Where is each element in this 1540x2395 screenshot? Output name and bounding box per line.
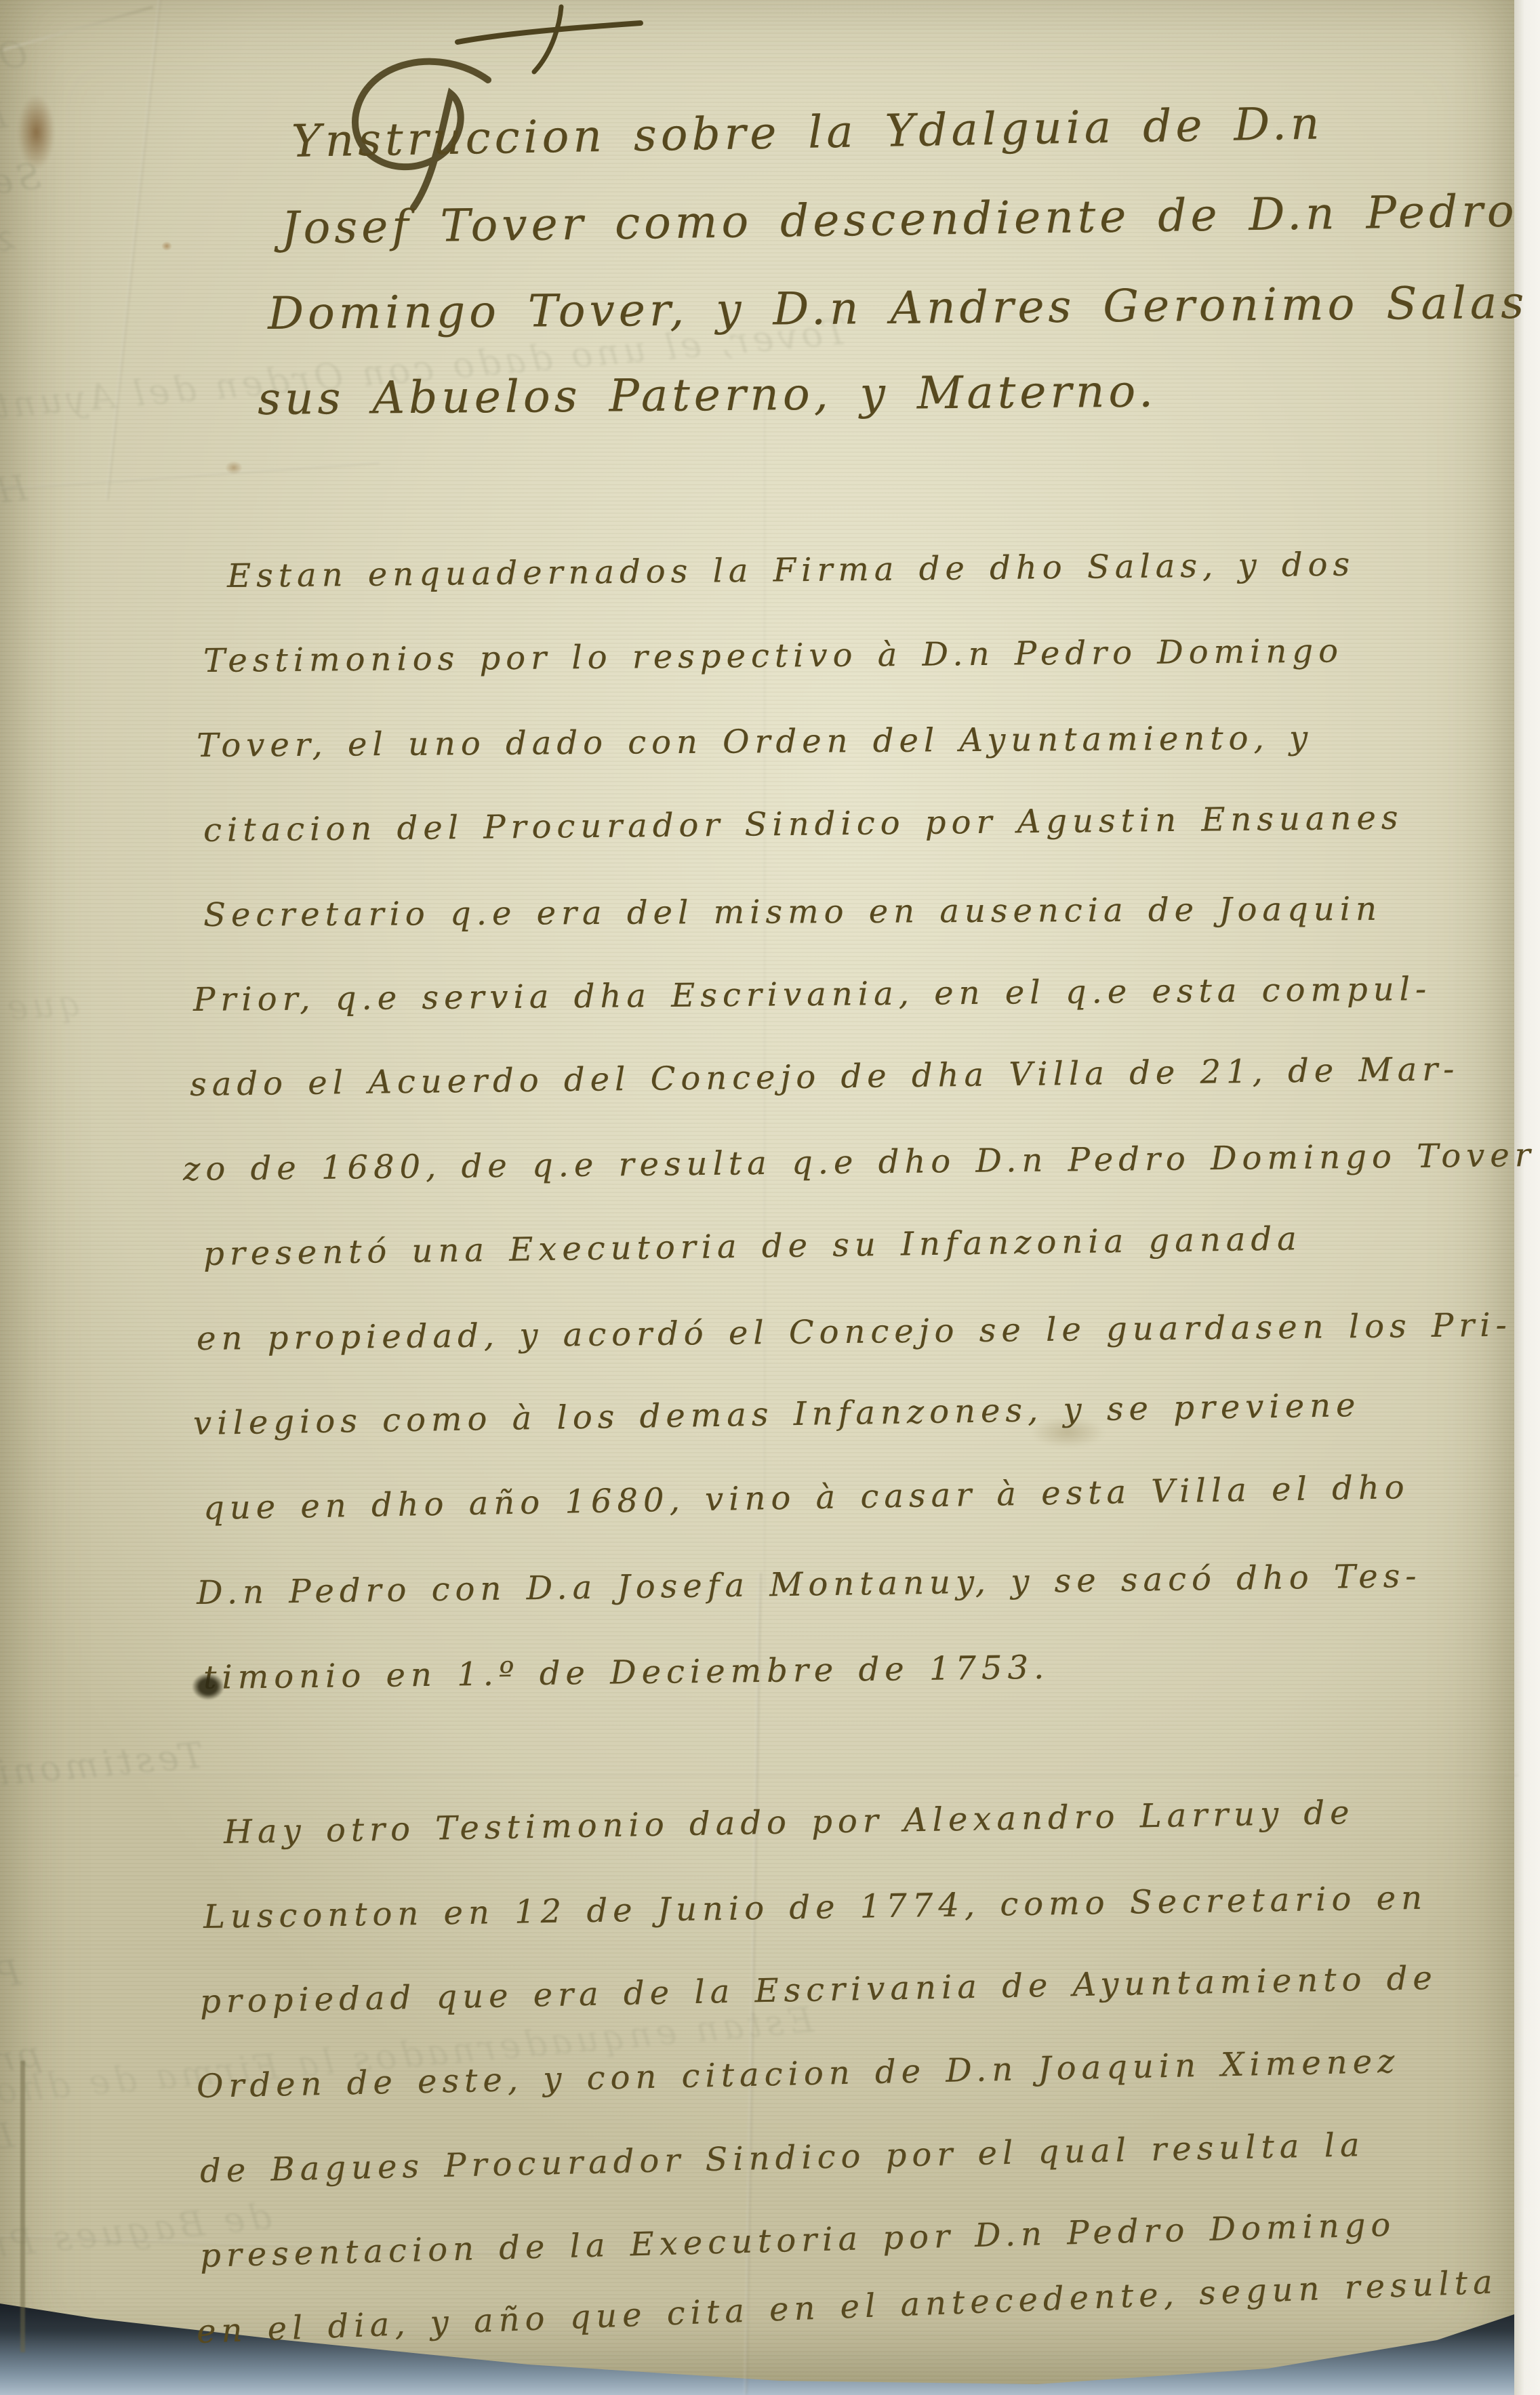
title-line: Domingo Tover, y D.n Andres Geronimo Sal… xyxy=(268,277,1528,340)
title-line: sus Abuelos Paterno, y Materno. xyxy=(258,365,1158,425)
manuscript-line: Tover, el uno dado con Orden del Ayuntam… xyxy=(197,719,1313,765)
scanned-manuscript-page: Orden de este, y con citacion de D.n Joa… xyxy=(0,0,1540,2395)
scanner-edge-strip xyxy=(1514,0,1540,2395)
manuscript-paper xyxy=(0,0,1518,2395)
manuscript-line: Secretario q.e era del mismo en ausencia… xyxy=(203,890,1382,934)
